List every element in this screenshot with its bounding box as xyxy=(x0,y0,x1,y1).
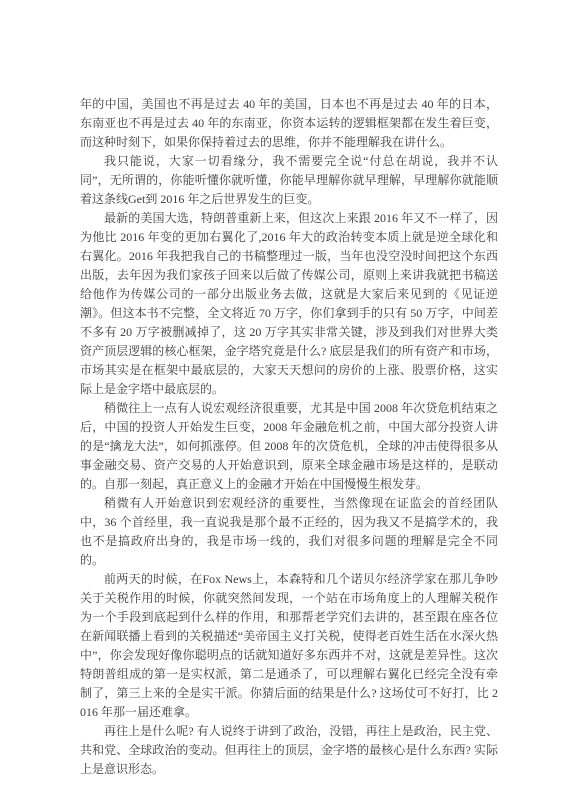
text-block: 年的中国，美国也不再是过去 40 年的美国，日本也不再是过去 40 年的日本，东… xyxy=(80,95,498,779)
document-page: 年的中国，美国也不再是过去 40 年的美国，日本也不再是过去 40 年的日本，东… xyxy=(0,0,566,800)
paragraph: 稍微往上一点有人说宏观经济很重要，尤其是中国 2008 年次贷危机结束之后，中国… xyxy=(80,399,498,494)
paragraph: 我只能说，大家一切看缘分，我不需要完全说“付总在胡说，我并不认同”，无所谓的，你… xyxy=(80,152,498,209)
paragraph: 最新的美国大选，特朗普重新上来，但这次上来跟 2016 年又不一样了，因为他比 … xyxy=(80,209,498,399)
paragraph: 再往上是什么呢? 有人说终于讲到了政治，没错，再往上是政治，民主党、共和党、全球… xyxy=(80,722,498,779)
paragraph: 稍微有人开始意识到宏观经济的重要性，当然像现在证监会的首经团队中，36 个首经里… xyxy=(80,494,498,570)
paragraph: 前两天的时候，在Fox News上，本森特和几个诺贝尔经济学家在那儿争吵关于关税… xyxy=(80,570,498,722)
paragraph: 年的中国，美国也不再是过去 40 年的美国，日本也不再是过去 40 年的日本，东… xyxy=(80,95,498,152)
